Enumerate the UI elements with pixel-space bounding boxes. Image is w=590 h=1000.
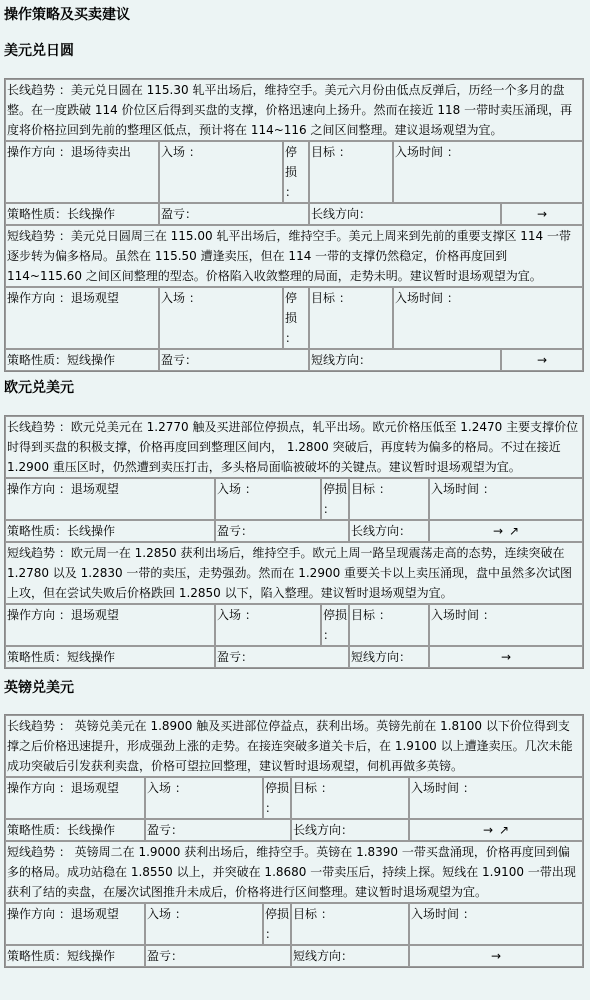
trend-row-short: 短线趋势 ： 英镑周二在 1.9000 获利出场后，维持空手。英镑在 1.839…	[5, 841, 583, 903]
target-cell: 目标 ：	[349, 604, 429, 646]
direction-cell: 操作方向 ：退场观望	[5, 777, 145, 819]
nature-value: 长线操作	[67, 524, 115, 538]
stop-loss-cell: 停损 ：	[263, 777, 291, 819]
trend-text: 美元兑日圆在 115.30 轧平出场后，维持空手。美元六月份由低点反弹后，历经一…	[7, 83, 572, 137]
nature-row: 策略性质：长线操作 盈亏： 长线方向： →↗	[5, 819, 583, 841]
direction-cell: 操作方向 ：退场观望	[5, 604, 215, 646]
entry-time-cell: 入场时间 ：	[429, 478, 583, 520]
pnl-cell: 盈亏：	[145, 945, 291, 967]
arrow-right-icon: →	[537, 353, 547, 367]
arrow-cell: →	[501, 349, 583, 371]
target-cell: 目标 ：	[309, 287, 393, 349]
nature-cell: 策略性质：短线操作	[5, 646, 215, 668]
operation-row: 操作方向 ：退场观望 入场 ： 停损 ： 目标 ： 入场时间 ：	[5, 604, 583, 646]
trend-row-long: 长线趋势 ： 英镑兑美元在 1.8900 触及买进部位停益点，获利出场。英镑先前…	[5, 715, 583, 777]
entry-cell: 入场 ：	[159, 141, 283, 203]
entry-time-cell: 入场时间 ：	[409, 903, 583, 945]
pnl-cell: 盈亏：	[215, 646, 349, 668]
trend-cell: 短线趋势 ： 英镑周二在 1.9000 获利出场后，维持空手。英镑在 1.839…	[5, 841, 583, 903]
nature-value: 短线操作	[67, 353, 115, 367]
arrow-cell: →	[429, 646, 583, 668]
trend-direction-cell: 长线方向：	[309, 203, 501, 225]
trend-direction-cell: 长线方向：	[291, 819, 409, 841]
operation-row: 操作方向 ：退场观望 入场 ： 停损 ： 目标 ： 入场时间 ：	[5, 478, 583, 520]
entry-time-cell: 入场时间 ：	[393, 141, 583, 203]
trend-row-long: 长线趋势 ：美元兑日圆在 115.30 轧平出场后，维持空手。美元六月份由低点反…	[5, 79, 583, 141]
trend-cell: 长线趋势 ：美元兑日圆在 115.30 轧平出场后，维持空手。美元六月份由低点反…	[5, 79, 583, 141]
nature-cell: 策略性质：短线操作	[5, 349, 159, 371]
strategy-table-usdjpy: 长线趋势 ：美元兑日圆在 115.30 轧平出场后，维持空手。美元六月份由低点反…	[4, 78, 584, 372]
nature-row: 策略性质：短线操作 盈亏： 短线方向： →	[5, 945, 583, 967]
entry-cell: 入场 ：	[159, 287, 283, 349]
section-title-usdjpy: 美元兑日圆	[4, 40, 74, 60]
trend-text: 美元兑日圆周三在 115.00 轧平出场后，维持空手。美元上周来到先前的重要支撑…	[7, 229, 571, 283]
trend-label: 短线趋势 ：	[7, 845, 75, 859]
stop-loss-cell: 停损 ：	[263, 903, 291, 945]
target-cell: 目标 ：	[309, 141, 393, 203]
pnl-cell: 盈亏：	[145, 819, 291, 841]
trend-direction-cell: 短线方向：	[309, 349, 501, 371]
section-title-gbpusd: 英镑兑美元	[4, 677, 74, 697]
nature-value: 短线操作	[67, 650, 115, 664]
direction-value: 退场观望	[71, 781, 119, 795]
arrow-right-icon: →	[537, 207, 547, 221]
trend-text: 英镑兑美元在 1.8900 触及买进部位停益点，获利出场。英镑先前在 1.810…	[7, 719, 573, 773]
arrow-cell: →↗	[429, 520, 583, 542]
trend-row-short: 短线趋势 ：美元兑日圆周三在 115.00 轧平出场后，维持空手。美元上周来到先…	[5, 225, 583, 287]
trend-text: 欧元兑美元在 1.2770 触及买进部位停损点，轧平出场。欧元价格压低至 1.2…	[7, 420, 578, 474]
page-title: 操作策略及买卖建议	[4, 4, 130, 24]
nature-cell: 策略性质：长线操作	[5, 520, 215, 542]
direction-cell: 操作方向 ：退场观望	[5, 287, 159, 349]
operation-row: 操作方向 ：退场观望 入场 ： 停损 ： 目标 ： 入场时间 ：	[5, 903, 583, 945]
nature-value: 短线操作	[67, 949, 115, 963]
target-cell: 目标 ：	[291, 903, 409, 945]
entry-cell: 入场 ：	[215, 478, 321, 520]
entry-time-cell: 入场时间 ：	[409, 777, 583, 819]
direction-value: 退场观望	[71, 291, 119, 305]
entry-time-cell: 入场时间 ：	[429, 604, 583, 646]
section-title-eurusd: 欧元兑美元	[4, 377, 74, 397]
pnl-cell: 盈亏：	[215, 520, 349, 542]
trend-text: 欧元周一在 1.2850 获利出场后，维持空手。欧元上周一路呈现震荡走高的态势，…	[7, 546, 572, 600]
entry-cell: 入场 ：	[145, 777, 263, 819]
arrow-right-icon: →	[491, 949, 501, 963]
target-cell: 目标 ：	[349, 478, 429, 520]
target-cell: 目标 ：	[291, 777, 409, 819]
arrow-cell: →	[409, 945, 583, 967]
entry-cell: 入场 ：	[215, 604, 321, 646]
strategy-table-gbpusd: 长线趋势 ： 英镑兑美元在 1.8900 触及买进部位停益点，获利出场。英镑先前…	[4, 714, 584, 968]
arrow-cell: →	[501, 203, 583, 225]
arrow-right-icon: →	[501, 650, 511, 664]
direction-cell: 操作方向 ：退场观望	[5, 478, 215, 520]
trend-cell: 长线趋势 ： 英镑兑美元在 1.8900 触及买进部位停益点，获利出场。英镑先前…	[5, 715, 583, 777]
direction-value: 退场观望	[71, 482, 119, 496]
nature-value: 长线操作	[67, 207, 115, 221]
trend-cell: 长线趋势 ：欧元兑美元在 1.2770 触及买进部位停损点，轧平出场。欧元价格压…	[5, 416, 583, 478]
direction-value: 退场观望	[71, 907, 119, 921]
arrow-up-right-icon: ↗	[509, 524, 519, 538]
stop-loss-cell: 停损 ：	[321, 478, 349, 520]
pnl-cell: 盈亏：	[159, 349, 309, 371]
operation-row: 操作方向 ：退场观望 入场 ： 停损 ： 目标 ： 入场时间 ：	[5, 287, 583, 349]
stop-loss-cell: 停损 ：	[283, 141, 309, 203]
arrow-up-right-icon: ↗	[499, 823, 509, 837]
pnl-cell: 盈亏：	[159, 203, 309, 225]
trend-text: 英镑周二在 1.9000 获利出场后，维持空手。英镑在 1.8390 一带买盘涌…	[7, 845, 576, 899]
nature-cell: 策略性质：短线操作	[5, 945, 145, 967]
operation-row: 操作方向 ：退场待卖出 入场 ： 停损 ： 目标 ： 入场时间 ：	[5, 141, 583, 203]
stop-loss-cell: 停损 ：	[321, 604, 349, 646]
trend-direction-cell: 短线方向：	[349, 646, 429, 668]
nature-cell: 策略性质：长线操作	[5, 819, 145, 841]
arrow-right-icon: →	[483, 823, 493, 837]
arrow-right-icon: →	[493, 524, 503, 538]
trend-row-short: 短线趋势 ：欧元周一在 1.2850 获利出场后，维持空手。欧元上周一路呈现震荡…	[5, 542, 583, 604]
nature-row: 策略性质：短线操作 盈亏： 短线方向： →	[5, 646, 583, 668]
direction-value: 退场观望	[71, 608, 119, 622]
nature-cell: 策略性质：长线操作	[5, 203, 159, 225]
entry-cell: 入场 ：	[145, 903, 263, 945]
direction-cell: 操作方向 ：退场观望	[5, 903, 145, 945]
trend-cell: 短线趋势 ：美元兑日圆周三在 115.00 轧平出场后，维持空手。美元上周来到先…	[5, 225, 583, 287]
trend-direction-cell: 短线方向：	[291, 945, 409, 967]
strategy-table-eurusd: 长线趋势 ：欧元兑美元在 1.2770 触及买进部位停损点，轧平出场。欧元价格压…	[4, 415, 584, 669]
stop-loss-cell: 停损 ：	[283, 287, 309, 349]
trend-label: 短线趋势 ：	[7, 546, 71, 560]
arrow-cell: →↗	[409, 819, 583, 841]
entry-time-cell: 入场时间 ：	[393, 287, 583, 349]
nature-value: 长线操作	[67, 823, 115, 837]
trend-cell: 短线趋势 ：欧元周一在 1.2850 获利出场后，维持空手。欧元上周一路呈现震荡…	[5, 542, 583, 604]
trend-label: 长线趋势 ：	[7, 420, 71, 434]
trend-direction-cell: 长线方向：	[349, 520, 429, 542]
trend-label: 长线趋势 ：	[7, 719, 75, 733]
trend-label: 短线趋势 ：	[7, 229, 71, 243]
nature-row: 策略性质：短线操作 盈亏： 短线方向： →	[5, 349, 583, 371]
trend-label: 长线趋势 ：	[7, 83, 71, 97]
direction-cell: 操作方向 ：退场待卖出	[5, 141, 159, 203]
operation-row: 操作方向 ：退场观望 入场 ： 停损 ： 目标 ： 入场时间 ：	[5, 777, 583, 819]
trend-row-long: 长线趋势 ：欧元兑美元在 1.2770 触及买进部位停损点，轧平出场。欧元价格压…	[5, 416, 583, 478]
nature-row: 策略性质：长线操作 盈亏： 长线方向： →↗	[5, 520, 583, 542]
nature-row: 策略性质：长线操作 盈亏： 长线方向： →	[5, 203, 583, 225]
direction-value: 退场待卖出	[71, 145, 131, 159]
